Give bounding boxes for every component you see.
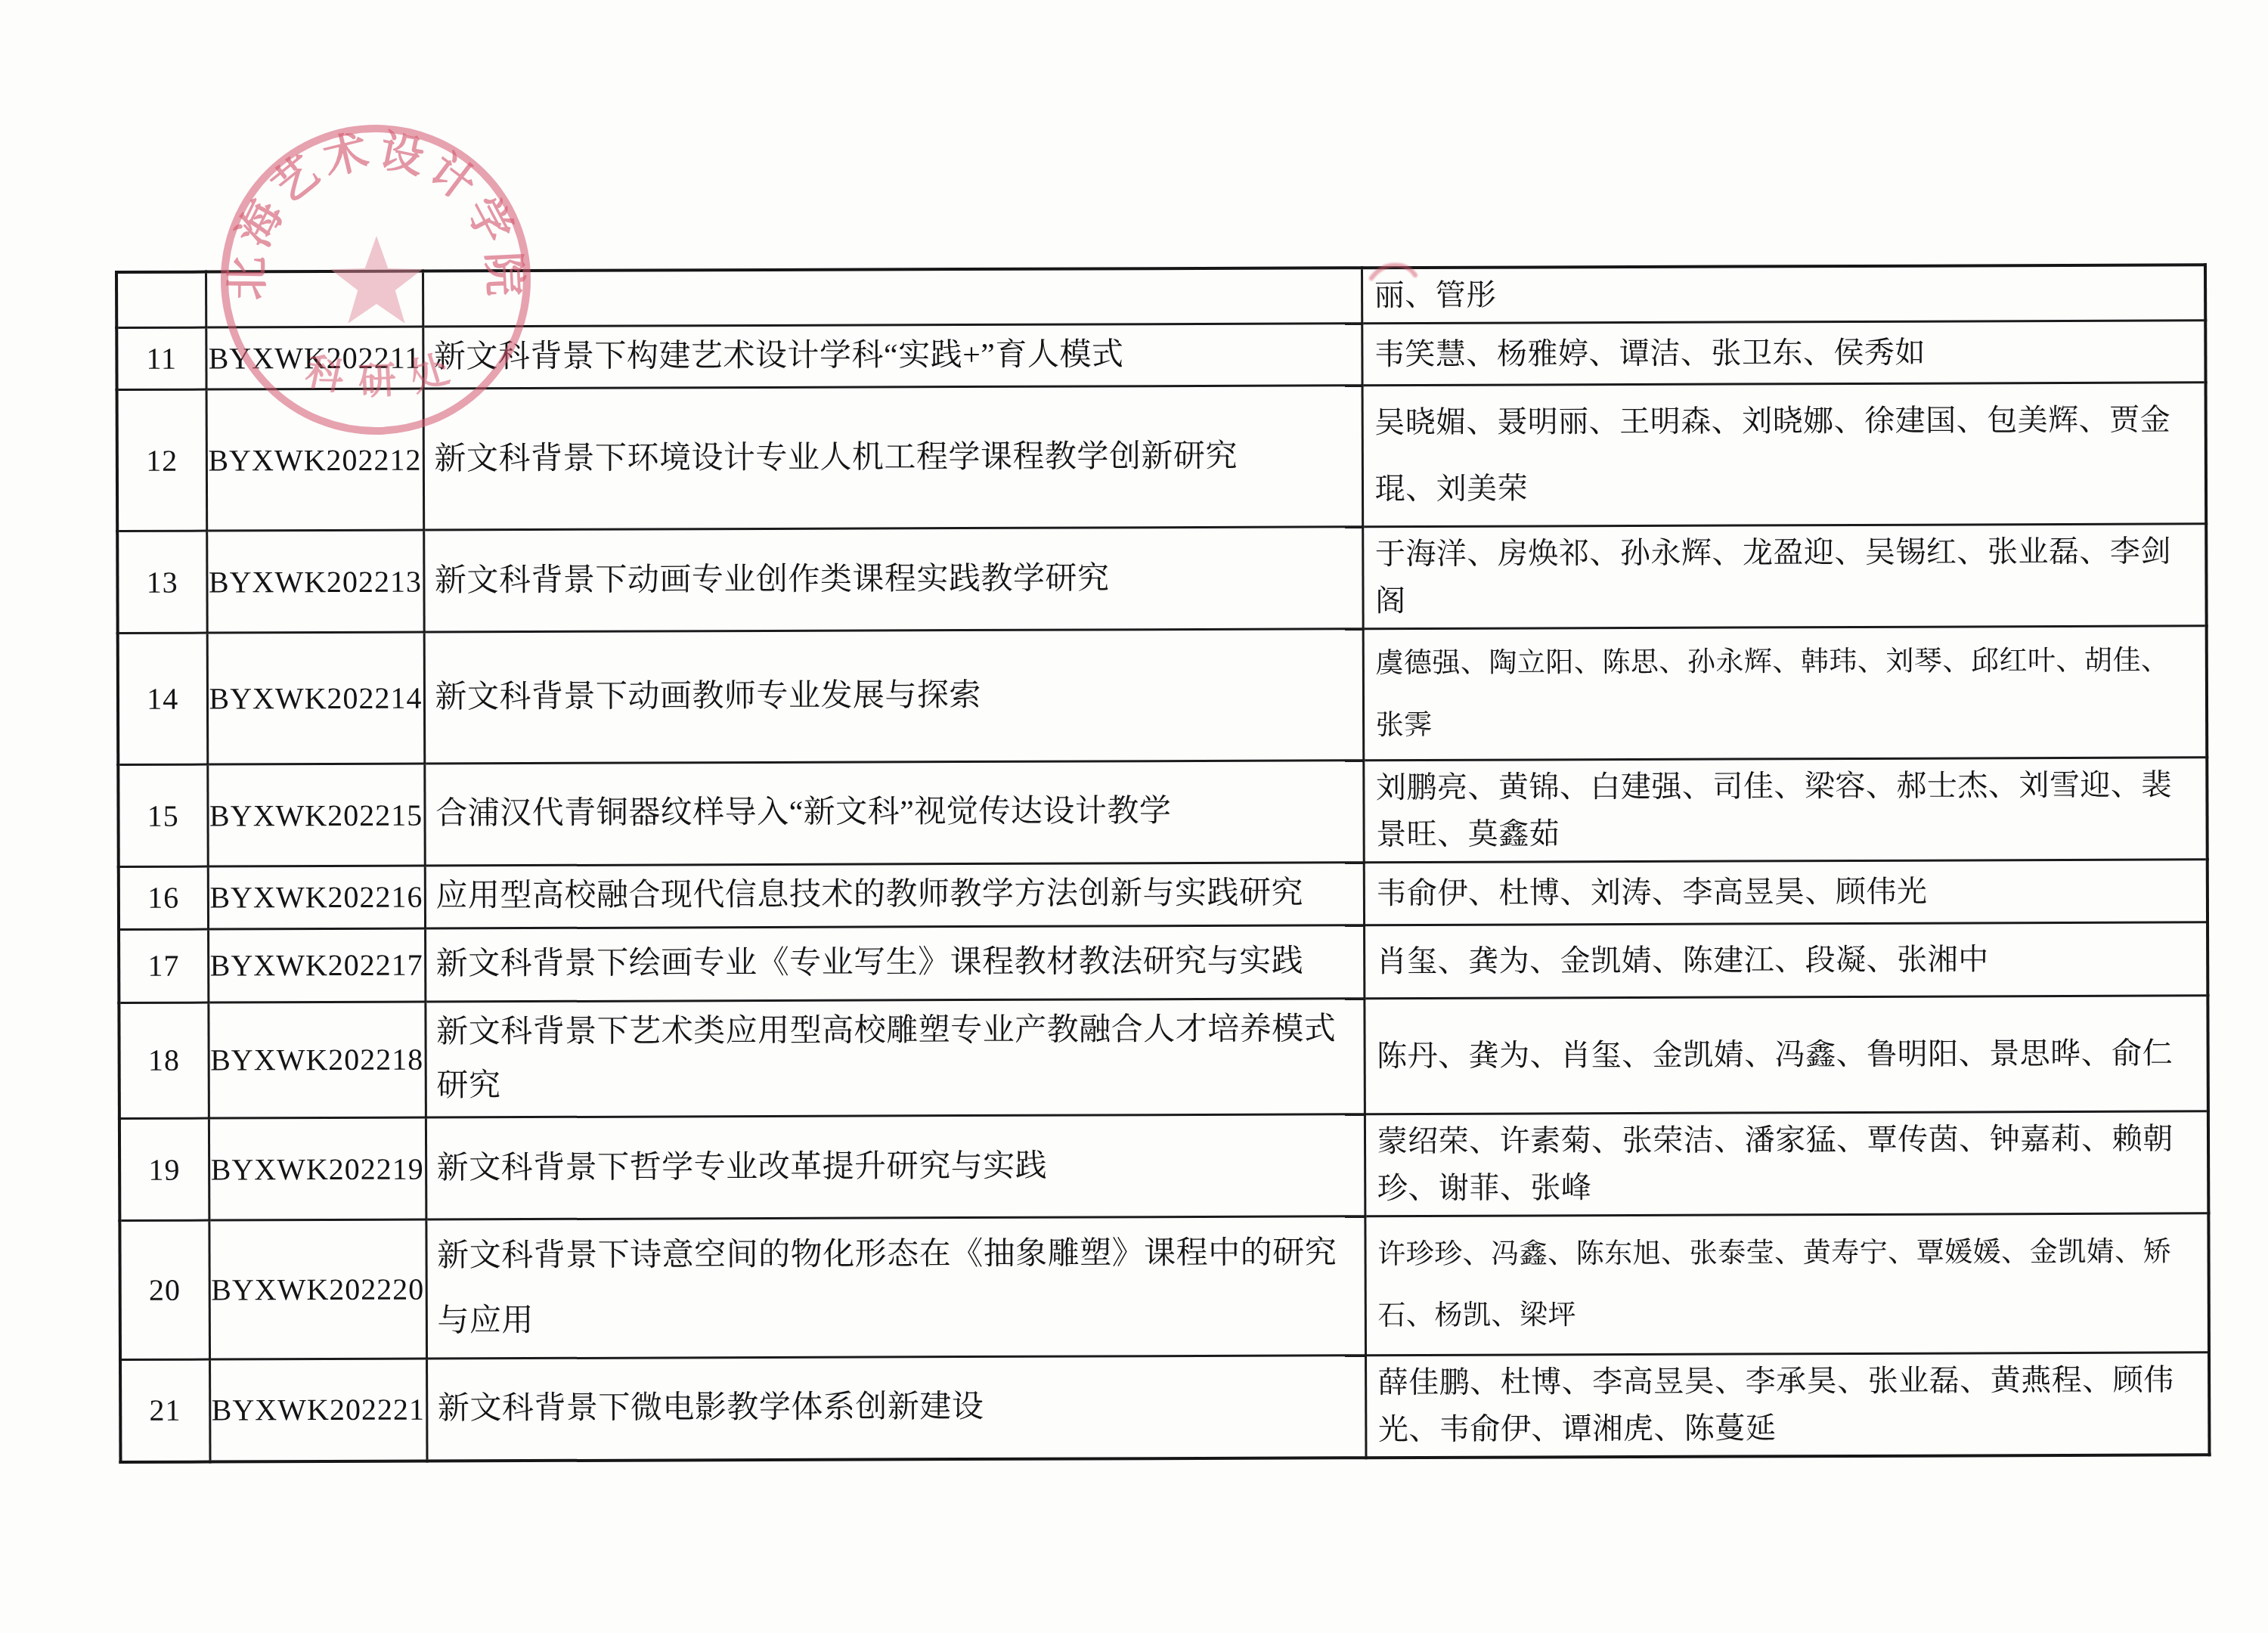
project-code-cell: BYXWK202220 xyxy=(209,1219,426,1359)
project-code-cell: BYXWK202217 xyxy=(208,928,425,1002)
project-code-cell: BYXWK202212 xyxy=(206,389,424,531)
project-title-cell: 新文科背景下动画教师专业发展与探索 xyxy=(424,629,1364,764)
project-title-cell: 新文科背景下动画专业创作类课程实践教学研究 xyxy=(423,527,1362,632)
members-cell: 许珍珍、冯鑫、陈东旭、张泰莹、黄寿宁、覃媛媛、金凯婧、矫石、杨凯、梁坪 xyxy=(1365,1213,2209,1355)
project-code-cell: BYXWK202216 xyxy=(208,866,425,928)
table-row: 13 BYXWK202213 新文科背景下动画专业创作类课程实践教学研究 于海洋… xyxy=(117,524,2207,634)
table-row: 11 BYXWK202211 新文科背景下构建艺术设计学科“实践+”育人模式 韦… xyxy=(116,321,2205,390)
table-row: 21 BYXWK202221 新文科背景下微电影教学体系创新建设 薛佳鹏、杜博、… xyxy=(120,1352,2210,1461)
row-number-cell: 13 xyxy=(117,531,206,633)
project-title-cell: 应用型高校融合现代信息技术的教师教学方法创新与实践研究 xyxy=(425,863,1364,928)
table-row: 18 BYXWK202218 新文科背景下艺术类应用型高校雕塑专业产教融合人才培… xyxy=(119,995,2208,1118)
table-row: 12 BYXWK202212 新文科背景下环境设计专业人机工程学课程教学创新研究… xyxy=(117,383,2207,531)
row-number-cell: 12 xyxy=(117,389,207,531)
row-number-cell: 15 xyxy=(118,764,207,866)
project-title-cell xyxy=(423,268,1362,327)
members-cell: 肖玺、龚为、金凯婧、陈建江、段凝、张湘中 xyxy=(1364,922,2208,998)
table-row: 16 BYXWK202216 应用型高校融合现代信息技术的教师教学方法创新与实践… xyxy=(119,860,2208,929)
row-number-cell: 14 xyxy=(118,633,208,764)
project-code-cell: BYXWK202213 xyxy=(206,530,424,633)
members-cell: 刘鹏亮、黄锦、白建强、司佳、梁容、郝士杰、刘雪迎、裴景旺、莫鑫茹 xyxy=(1363,758,2207,863)
project-title-cell: 新文科背景下诗意空间的物化形态在《抽象雕塑》课程中的研究与应用 xyxy=(426,1216,1365,1359)
row-number-cell: 18 xyxy=(119,1002,209,1119)
row-number-cell: 19 xyxy=(119,1118,209,1220)
row-number-cell: 17 xyxy=(119,929,208,1002)
project-title-cell: 新文科背景下环境设计专业人机工程学课程教学创新研究 xyxy=(423,386,1363,530)
members-cell: 蒙绍荣、许素菊、张荣洁、潘家猛、覃传茵、钟嘉莉、赖朝珍、谢菲、张峰 xyxy=(1365,1111,2208,1216)
project-list-table: 丽、管彤 11 BYXWK202211 新文科背景下构建艺术设计学科“实践+”育… xyxy=(115,263,2211,1463)
row-number-cell xyxy=(116,272,206,328)
scanned-document-page: 丽、管彤 11 BYXWK202211 新文科背景下构建艺术设计学科“实践+”育… xyxy=(0,0,2268,1633)
row-number-cell: 20 xyxy=(119,1220,209,1359)
project-title-cell: 合浦汉代青铜器纹样导入“新文科”视觉传达设计教学 xyxy=(424,761,1363,866)
row-number-cell: 11 xyxy=(116,327,206,390)
table-row: 15 BYXWK202215 合浦汉代青铜器纹样导入“新文科”视觉传达设计教学 … xyxy=(118,758,2208,867)
project-code-cell xyxy=(206,271,423,328)
project-code-cell: BYXWK202214 xyxy=(207,632,425,764)
table-row-carryover: 丽、管彤 xyxy=(116,265,2205,327)
project-code-cell: BYXWK202211 xyxy=(206,327,423,389)
project-code-cell: BYXWK202215 xyxy=(207,764,425,866)
members-cell: 韦笑慧、杨雅婷、谭洁、张卫东、侯秀如 xyxy=(1362,321,2205,386)
table-row: 17 BYXWK202217 新文科背景下绘画专业《专业写生》课程教材教法研究与… xyxy=(119,922,2208,1002)
members-cell: 陈丹、龚为、肖玺、金凯婧、冯鑫、鲁明阳、景思晔、俞仁 xyxy=(1364,995,2208,1114)
members-cell: 虞德强、陶立阳、陈思、孙永辉、韩玮、刘琴、邱红叶、胡佳、张霁 xyxy=(1363,626,2208,761)
table-row: 14 BYXWK202214 新文科背景下动画教师专业发展与探索 虞德强、陶立阳… xyxy=(118,626,2208,764)
members-cell: 于海洋、房焕祁、孙永辉、龙盈迎、吴锡红、张业磊、李剑阁 xyxy=(1362,524,2206,629)
project-title-cell: 新文科背景下艺术类应用型高校雕塑专业产教融合人才培养模式研究 xyxy=(425,998,1365,1117)
members-cell: 丽、管彤 xyxy=(1362,265,2205,323)
project-title-cell: 新文科背景下绘画专业《专业写生》课程教材教法研究与实践 xyxy=(425,925,1364,1001)
row-number-cell: 16 xyxy=(119,866,208,929)
project-title-cell: 新文科背景下构建艺术设计学科“实践+”育人模式 xyxy=(423,324,1362,389)
members-cell: 韦俞伊、杜博、刘涛、李高昱昊、顾伟光 xyxy=(1364,860,2208,925)
members-cell: 薛佳鹏、杜博、李高昱昊、李承昊、张业磊、黄燕程、顾伟光、韦俞伊、谭湘虎、陈蔓延 xyxy=(1365,1352,2209,1457)
project-title-cell: 新文科背景下微电影教学体系创新建设 xyxy=(426,1355,1365,1461)
members-cell: 吴晓媚、聂明丽、王明森、刘晓娜、徐建国、包美辉、贾金琨、刘美荣 xyxy=(1362,383,2207,527)
project-code-cell: BYXWK202221 xyxy=(209,1359,427,1462)
project-code-cell: BYXWK202218 xyxy=(208,1002,426,1119)
table-row: 19 BYXWK202219 新文科背景下哲学专业改革提升研究与实践 蒙绍荣、许… xyxy=(119,1111,2209,1221)
project-code-cell: BYXWK202219 xyxy=(209,1117,426,1220)
table-row: 20 BYXWK202220 新文科背景下诗意空间的物化形态在《抽象雕塑》课程中… xyxy=(119,1213,2209,1359)
project-title-cell: 新文科背景下哲学专业改革提升研究与实践 xyxy=(426,1114,1365,1219)
row-number-cell: 21 xyxy=(120,1359,209,1462)
